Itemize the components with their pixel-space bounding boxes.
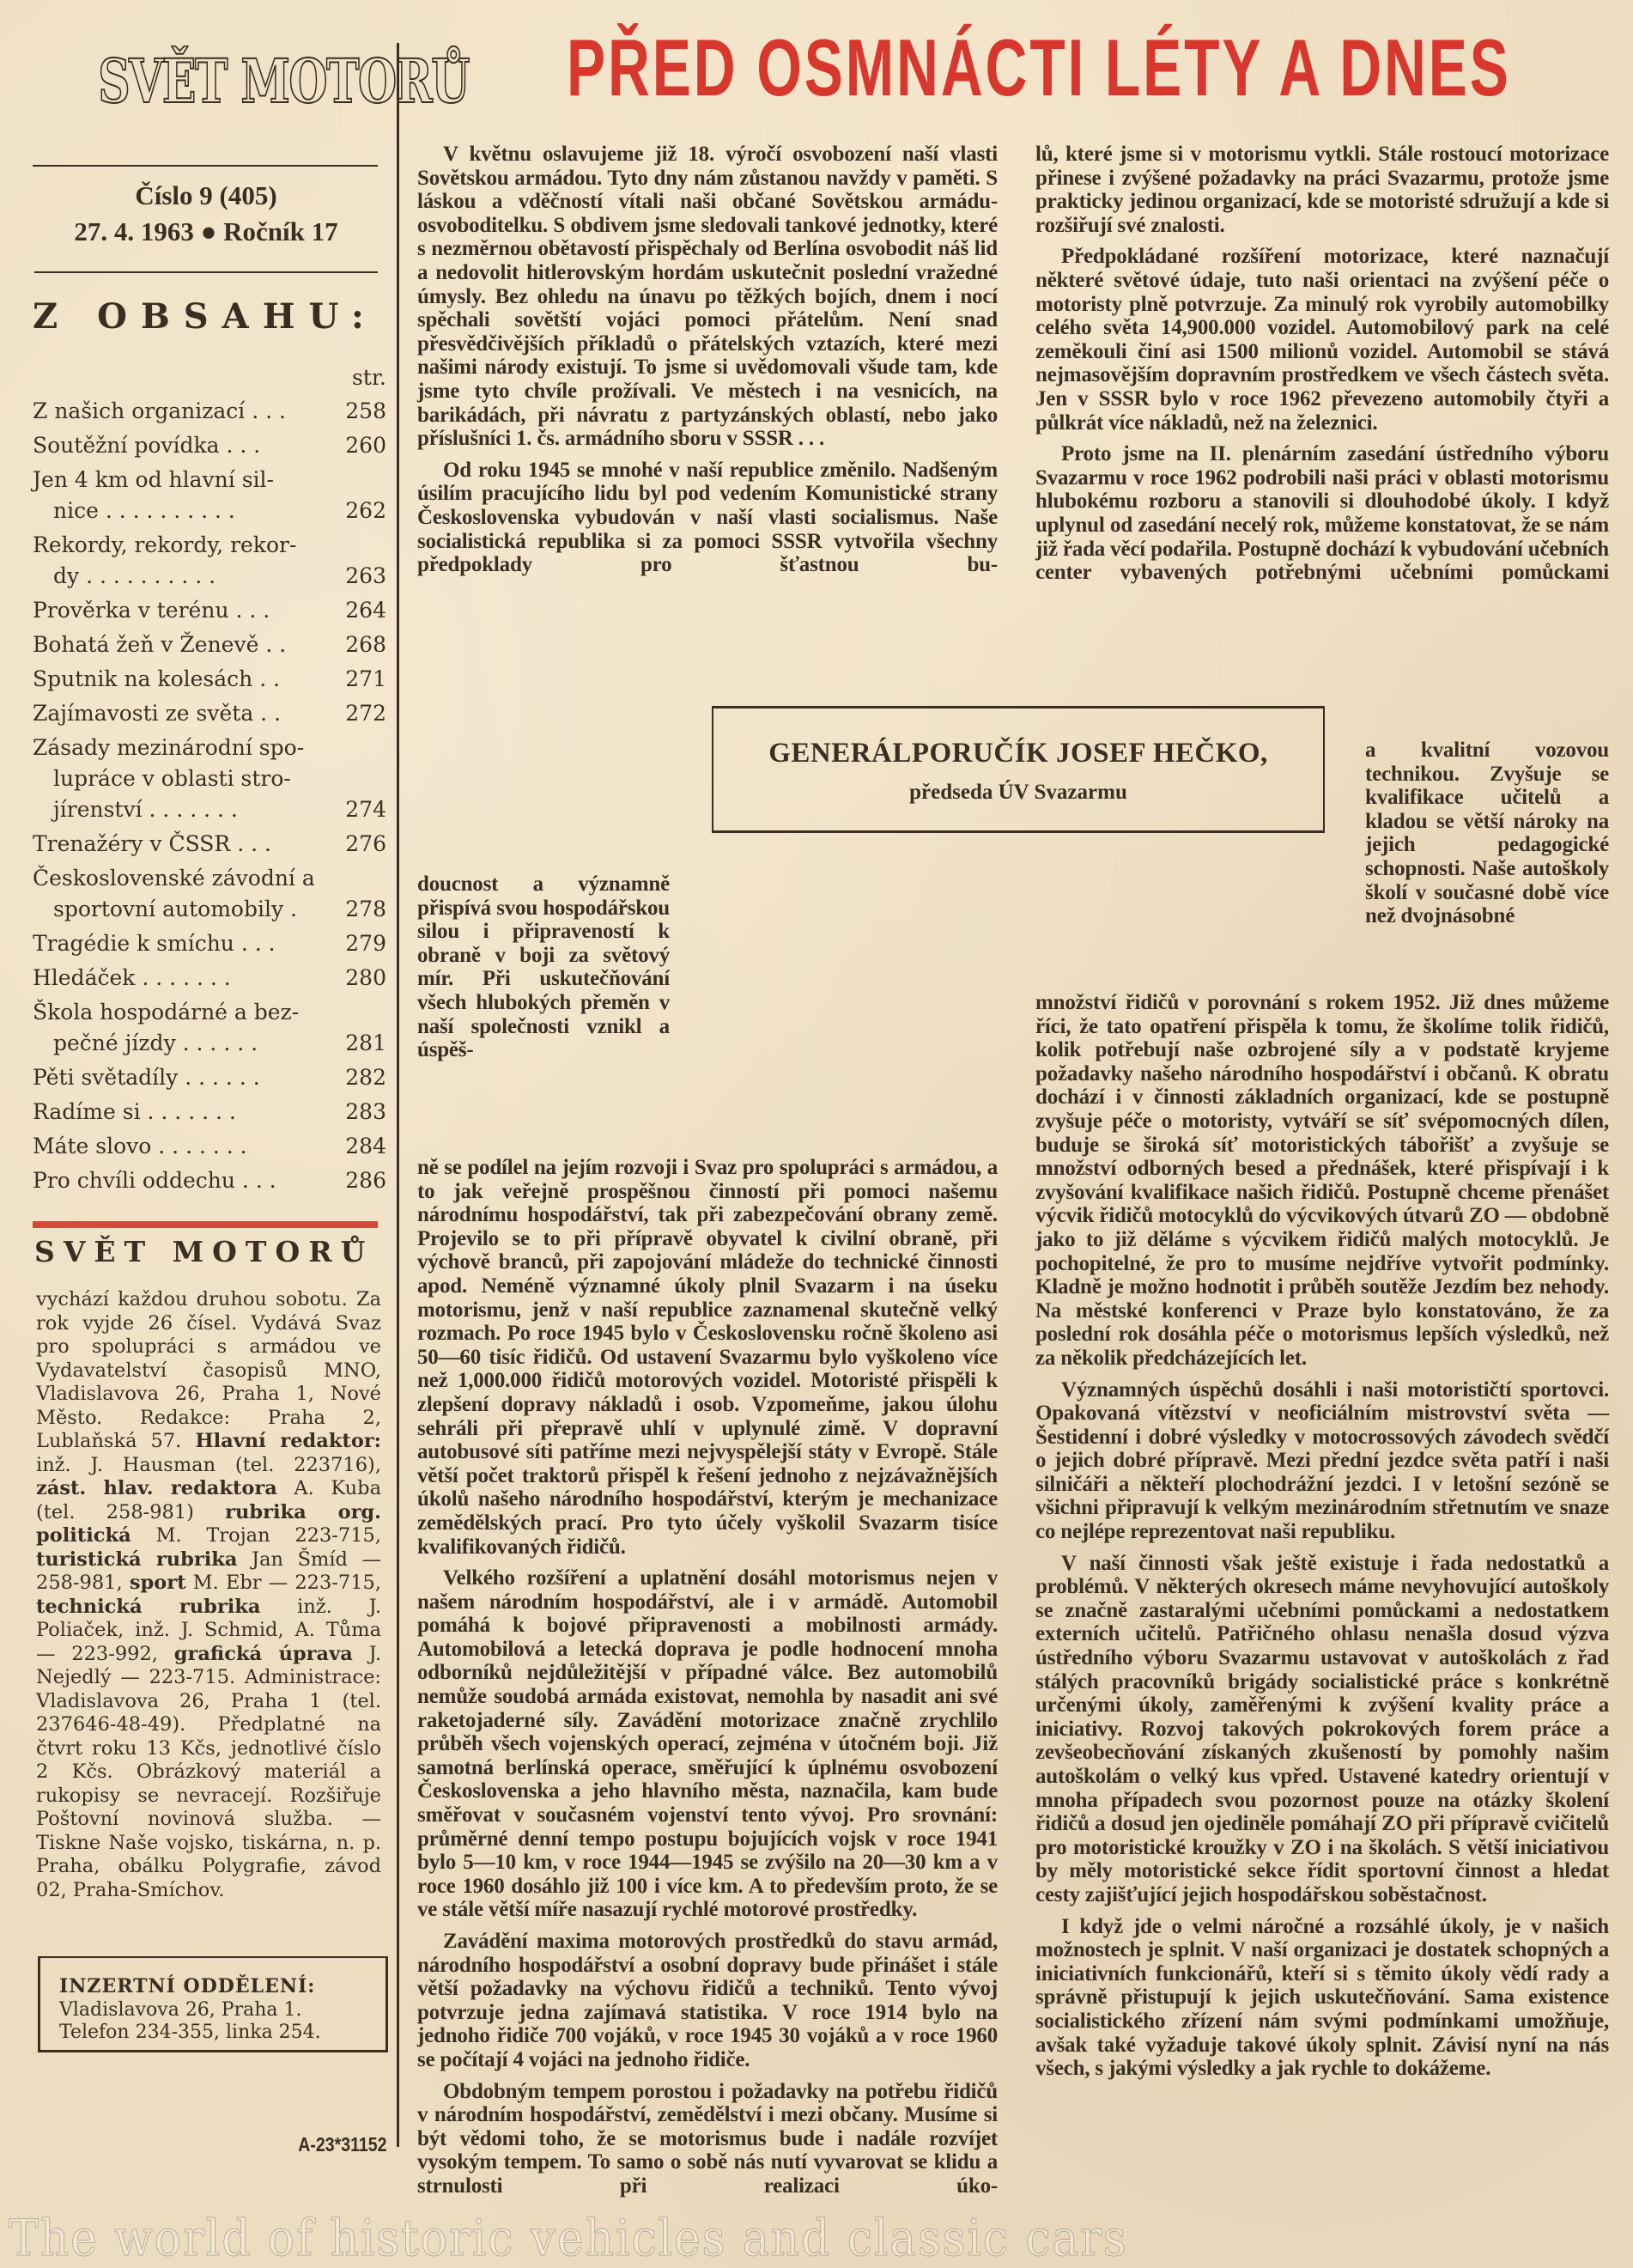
table-of-contents: str. Z našich organizací . . .258Soutěžn… bbox=[33, 365, 386, 1200]
toc-page-number: 260 bbox=[335, 430, 386, 461]
toc-page-number: 286 bbox=[335, 1165, 386, 1196]
toc-item: Bohatá žeň v Ženevě . .268 bbox=[33, 629, 386, 660]
author-role: předseda ÚV Svazarmu bbox=[713, 781, 1323, 805]
advertising-department-box: INZERTNÍ ODDĚLENÍ: Vladislavova 26, Prah… bbox=[38, 1956, 388, 2052]
toc-page-number: 264 bbox=[335, 595, 386, 626]
issue-rule bbox=[34, 271, 378, 273]
toc-item: Trenažéry v ČSSR . . .276 bbox=[33, 829, 386, 860]
toc-item-title: Bohatá žeň v Ženevě . . bbox=[33, 632, 286, 657]
toc-title: Z OBSAHU: bbox=[33, 296, 378, 337]
toc-page-number: 272 bbox=[335, 698, 386, 729]
issue-date: 27. 4. 1963 bbox=[74, 216, 194, 246]
masthead-rule bbox=[33, 165, 378, 167]
paragraph: Velkého rozšíření a uplatnění dosáhl mot… bbox=[417, 1566, 998, 1922]
toc-item-title: Prověrka v terénu . . . bbox=[33, 598, 270, 623]
ad-box-phone: Telefon 234-355, linka 254. bbox=[59, 2022, 321, 2043]
article-column-3-narrow: a kvalitní vozovou technikou. Zvyšuje se… bbox=[1365, 739, 1609, 936]
toc-page-number: 268 bbox=[335, 629, 386, 660]
toc-page-number: 274 bbox=[335, 794, 386, 825]
paragraph: I když jde o velmi náročné a rozsáhlé úk… bbox=[1035, 1915, 1609, 2081]
toc-page-number: 281 bbox=[335, 1028, 386, 1059]
paragraph: množství řidičů v porovnání s rokem 1952… bbox=[1035, 991, 1609, 1371]
toc-page-header: str. bbox=[33, 365, 386, 396]
toc-item-title: Československé závodní a bbox=[33, 866, 315, 891]
red-divider bbox=[33, 1221, 378, 1228]
toc-item: Prověrka v terénu . . .264 bbox=[33, 595, 386, 626]
toc-item: Škola hospodárné a bez-pečné jízdy . . .… bbox=[33, 997, 386, 1059]
toc-item-title-cont: pečné jízdy . . . . . . bbox=[33, 1028, 335, 1059]
toc-item: Sputnik na kolesách . .271 bbox=[33, 664, 386, 695]
article-column-2-narrow: doucnost a významně přispívá svou hospod… bbox=[417, 873, 670, 1070]
author-name: GENERÁLPORUČÍK JOSEF HEČKO, bbox=[713, 738, 1323, 769]
toc-item-title: Zajímavosti ze světa . . bbox=[33, 701, 281, 726]
toc-page-number: 271 bbox=[335, 664, 386, 695]
toc-item-title-cont: nice . . . . . . . . . . bbox=[33, 496, 335, 526]
author-byline-box: GENERÁLPORUČÍK JOSEF HEČKO, předseda ÚV … bbox=[712, 706, 1325, 833]
article-column-2-bottom: ně se podílel na jejím rozvoji i Svaz pr… bbox=[417, 1156, 998, 2206]
toc-page-number: 258 bbox=[335, 396, 386, 427]
toc-item: Soutěžní povídka . . .260 bbox=[33, 430, 386, 461]
toc-page-number: 284 bbox=[335, 1131, 386, 1162]
toc-item-title: Máte slovo . . . . . . . bbox=[33, 1134, 247, 1158]
issue-date-line: 27. 4. 1963 ● Ročník 17 bbox=[34, 216, 378, 247]
paragraph: Předpokládané rozšíření motorizace, kter… bbox=[1035, 245, 1609, 435]
toc-page-number: 263 bbox=[335, 561, 386, 592]
toc-item: Hledáček . . . . . . .280 bbox=[33, 963, 386, 994]
toc-item-title: Sputnik na kolesách . . bbox=[33, 666, 280, 691]
paragraph: Od roku 1945 se mnohé v naší republice z… bbox=[417, 459, 998, 577]
toc-item-title: Rekordy, rekordy, rekor- bbox=[33, 532, 296, 557]
toc-item: Zajímavosti ze světa . .272 bbox=[33, 698, 386, 729]
column-divider bbox=[397, 43, 399, 2147]
magazine-masthead: SVĚT MOTORŮ bbox=[98, 52, 314, 112]
paragraph: lů, které jsme si v motorismu vytkli. St… bbox=[1035, 143, 1609, 237]
toc-page-number: 262 bbox=[335, 496, 386, 526]
toc-item-title: Škola hospodárné a bez- bbox=[33, 1000, 299, 1025]
paragraph: V naší činnosti však ještě existuje i řa… bbox=[1035, 1552, 1609, 1907]
issue-volume: Ročník 17 bbox=[223, 216, 338, 246]
toc-page-number: 276 bbox=[335, 829, 386, 860]
toc-item-title: Z našich organizací . . . bbox=[33, 398, 286, 423]
toc-page-number: 283 bbox=[335, 1097, 386, 1128]
toc-item: Máte slovo . . . . . . .284 bbox=[33, 1131, 386, 1162]
article-column-3-bottom: množství řidičů v porovnání s rokem 1952… bbox=[1035, 991, 1609, 2089]
toc-item-title: Tragédie k smíchu . . . bbox=[33, 931, 276, 956]
issue-number: Číslo 9 (405) bbox=[34, 180, 378, 211]
toc-item-title-cont: lupráce v oblasti stro- bbox=[33, 763, 335, 794]
paragraph: a kvalitní vozovou technikou. Zvyšuje se… bbox=[1365, 739, 1609, 928]
paragraph: ně se podílel na jejím rozvoji i Svaz pr… bbox=[417, 1156, 998, 1559]
toc-item-title: Jen 4 km od hlavní sil- bbox=[33, 467, 274, 492]
paragraph: Proto jsme na II. plenárním zasedání úst… bbox=[1035, 442, 1609, 585]
toc-page-number: 279 bbox=[335, 928, 386, 959]
toc-item-title: Trenažéry v ČSSR . . . bbox=[33, 831, 271, 856]
toc-item: Radíme si . . . . . . .283 bbox=[33, 1097, 386, 1128]
toc-item-title: Hledáček . . . . . . . bbox=[33, 965, 231, 990]
print-code: A-23*31152 bbox=[298, 2133, 386, 2156]
toc-item: Československé závodní asportovní automo… bbox=[33, 863, 386, 925]
ad-box-title: INZERTNÍ ODDĚLENÍ: bbox=[59, 1975, 315, 1997]
toc-item: Pěti světadíly . . . . . .282 bbox=[33, 1062, 386, 1093]
watermark: The world of historic vehicles and class… bbox=[9, 2209, 1128, 2267]
paragraph: Významných úspěchů dosáhli i naši motori… bbox=[1035, 1378, 1609, 1544]
ad-box-address: Vladislavova 26, Praha 1. bbox=[59, 1999, 302, 2021]
toc-item: Rekordy, rekordy, rekor-dy . . . . . . .… bbox=[33, 530, 386, 592]
paragraph: Obdobným tempem porostou i požadavky na … bbox=[417, 2080, 998, 2198]
toc-page-number: 280 bbox=[335, 963, 386, 994]
toc-item: Pro chvíli oddechu . . .286 bbox=[33, 1165, 386, 1196]
article-headline: PŘED OSMNÁCTI LÉTY A DNES bbox=[567, 27, 1320, 108]
toc-item: Tragédie k smíchu . . .279 bbox=[33, 928, 386, 959]
toc-item-title: Radíme si . . . . . . . bbox=[33, 1099, 236, 1124]
toc-item-title-cont: jírenství . . . . . . . bbox=[33, 794, 335, 825]
article-column-3-top: lů, které jsme si v motorismu vytkli. St… bbox=[1035, 143, 1609, 593]
toc-item: Jen 4 km od hlavní sil-nice . . . . . . … bbox=[33, 465, 386, 526]
toc-item-title: Zásady mezinárodní spo- bbox=[33, 735, 304, 760]
toc-item: Zásady mezinárodní spo-lupráce v oblasti… bbox=[33, 733, 386, 825]
toc-item-title: Pro chvíli oddechu . . . bbox=[33, 1168, 276, 1193]
paragraph: Zavádění maxima motorových prostředků do… bbox=[417, 1930, 998, 2072]
article-column-2-top: V květnu oslavujeme již 18. výročí osvob… bbox=[417, 143, 998, 585]
paragraph: V květnu oslavujeme již 18. výročí osvob… bbox=[417, 143, 998, 451]
toc-item-title-cont: dy . . . . . . . . . . bbox=[33, 561, 335, 592]
imprint-text: vychází každou druhou sobotu. Za rok vyj… bbox=[36, 1288, 381, 1902]
toc-item-title-cont: sportovní automobily . bbox=[33, 894, 335, 925]
toc-item-title: Pěti světadíly . . . . . . bbox=[33, 1065, 260, 1090]
toc-item: Z našich organizací . . .258 bbox=[33, 396, 386, 427]
toc-item-title: Soutěžní povídka . . . bbox=[33, 433, 260, 458]
imprint-title: SVĚT MOTORŮ bbox=[34, 1235, 373, 1268]
bullet-icon: ● bbox=[201, 216, 217, 246]
toc-page-number: 282 bbox=[335, 1062, 386, 1093]
toc-list: Z našich organizací . . .258Soutěžní pov… bbox=[33, 396, 386, 1196]
toc-page-number: 278 bbox=[335, 894, 386, 925]
paragraph: doucnost a významně přispívá svou hospod… bbox=[417, 873, 670, 1062]
